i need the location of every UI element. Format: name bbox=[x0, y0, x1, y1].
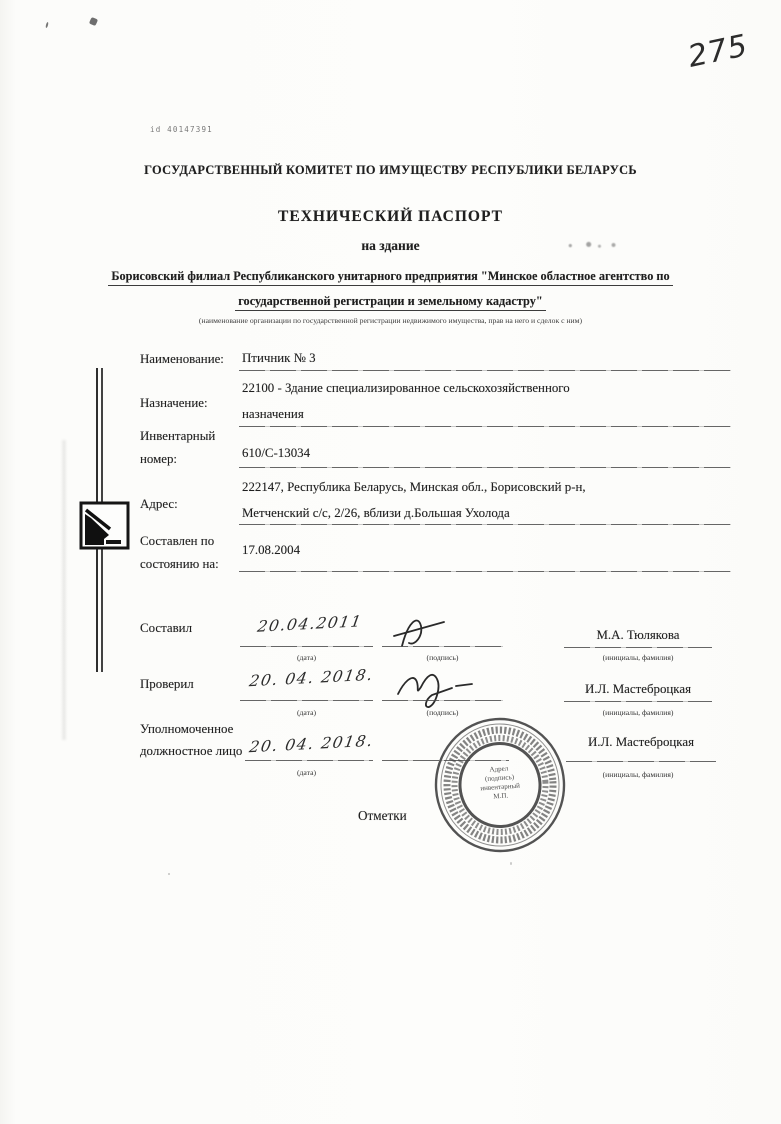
signature-name-authorized: И.Л. Мастеброцкая bbox=[566, 735, 716, 750]
stamp-center-line3: инвентарный bbox=[480, 782, 520, 793]
scanned-document-page: 275 id 40147391 ГОСУДАРСТВЕННЫЙ КОМИТЕТ … bbox=[0, 0, 781, 1124]
scan-speck bbox=[45, 22, 48, 28]
signature-rule-date bbox=[240, 700, 373, 701]
handwritten-page-number: 275 bbox=[685, 28, 751, 75]
signature-label-authorized-line2: должностное лицо bbox=[140, 744, 242, 759]
stamp-center-line4: М.П. bbox=[493, 791, 509, 800]
caption-sign: (подпись) bbox=[382, 653, 503, 662]
document-title: ТЕХНИЧЕСКИЙ ПАСПОРТ bbox=[0, 208, 781, 226]
field-value-address-line2: Метченский с/с, 2/26, вблизи д.Большая У… bbox=[242, 506, 510, 521]
field-value-inventory: 610/С-13034 bbox=[242, 446, 310, 461]
field-rule-inventory bbox=[239, 467, 731, 468]
signature-rule-sign bbox=[382, 700, 503, 701]
caption-date: (дата) bbox=[240, 708, 373, 717]
signature-rule-name bbox=[564, 647, 712, 648]
field-label-inventory-line1: Инвентарный bbox=[140, 429, 215, 444]
signature-label-authorized-line1: Уполномоченное bbox=[140, 722, 233, 737]
field-value-purpose-line2: назначения bbox=[242, 407, 304, 422]
signature-name-compiled: М.А. Тюлякова bbox=[564, 628, 712, 643]
field-label-asof-line1: Составлен по bbox=[140, 534, 214, 549]
doc-id-text: id 40147391 bbox=[150, 125, 213, 134]
field-value-name: Птичник № 3 bbox=[242, 351, 316, 366]
signature-rule-sign bbox=[382, 646, 503, 647]
scan-streak-artifact bbox=[62, 440, 66, 740]
field-rule-address bbox=[239, 524, 731, 525]
field-label-purpose: Назначение: bbox=[140, 396, 208, 411]
field-label-inventory-line2: номер: bbox=[140, 452, 177, 467]
field-rule-purpose bbox=[239, 426, 731, 427]
handwritten-date-authorized: 20. 04. 2018. bbox=[248, 732, 375, 756]
handwritten-date-compiled: 20.04.2011 bbox=[256, 612, 364, 635]
signature-rule-date bbox=[240, 646, 373, 647]
round-stamp: Адрел (подпись) инвентарный М.П. bbox=[425, 709, 575, 860]
field-value-asof: 17.08.2004 bbox=[242, 543, 300, 558]
scan-speck bbox=[510, 862, 512, 865]
field-label-asof-line2: состоянию на: bbox=[140, 557, 219, 572]
signature-rule-name bbox=[564, 701, 712, 702]
committee-title: ГОСУДАРСТВЕННЫЙ КОМИТЕТ ПО ИМУЩЕСТВУ РЕС… bbox=[0, 163, 781, 178]
field-rule-asof bbox=[239, 571, 731, 572]
signature-rule-date bbox=[245, 760, 373, 761]
handwritten-date-checked: 20. 04. 2018. bbox=[248, 666, 375, 690]
scan-speck bbox=[168, 873, 170, 875]
caption-date: (дата) bbox=[240, 653, 373, 662]
ink-smudge bbox=[566, 239, 620, 251]
caption-date: (дата) bbox=[240, 768, 373, 777]
signature-label-compiled: Составил bbox=[140, 621, 192, 636]
field-label-address: Адрес: bbox=[140, 497, 178, 512]
organization-name-line2: государственной регистрации и земельному… bbox=[0, 294, 781, 311]
field-value-address-line1: 222147, Республика Беларусь, Минская обл… bbox=[242, 480, 586, 495]
caption-name: (инициалы, фамилия) bbox=[552, 770, 724, 779]
signature-scribble-checked bbox=[390, 662, 480, 712]
stamp-center-line1: Адрел bbox=[489, 764, 509, 773]
field-value-purpose-line1: 22100 - Здание специализированное сельск… bbox=[242, 381, 570, 396]
scan-speck bbox=[89, 17, 98, 26]
caption-name: (инициалы, фамилия) bbox=[552, 708, 724, 717]
signature-name-checked: И.Л. Мастеброцкая bbox=[564, 682, 712, 697]
field-label-name: Наименование: bbox=[140, 352, 224, 367]
organization-caption: (наименование организации по государстве… bbox=[0, 316, 781, 325]
document-subtitle: на здание bbox=[0, 238, 781, 254]
caption-name: (инициалы, фамилия) bbox=[552, 653, 724, 662]
organization-name-line1: Борисовский филиал Республиканского унит… bbox=[0, 269, 781, 286]
binder-corner-artifact bbox=[79, 501, 131, 553]
field-rule-name bbox=[239, 370, 731, 371]
marks-label: Отметки bbox=[358, 808, 407, 824]
organization-name-line2-text: государственной регистрации и земельному… bbox=[235, 294, 545, 311]
organization-name-line1-text: Борисовский филиал Республиканского унит… bbox=[108, 269, 672, 286]
signature-rule-name bbox=[566, 761, 716, 762]
signature-label-checked: Проверил bbox=[140, 677, 194, 692]
